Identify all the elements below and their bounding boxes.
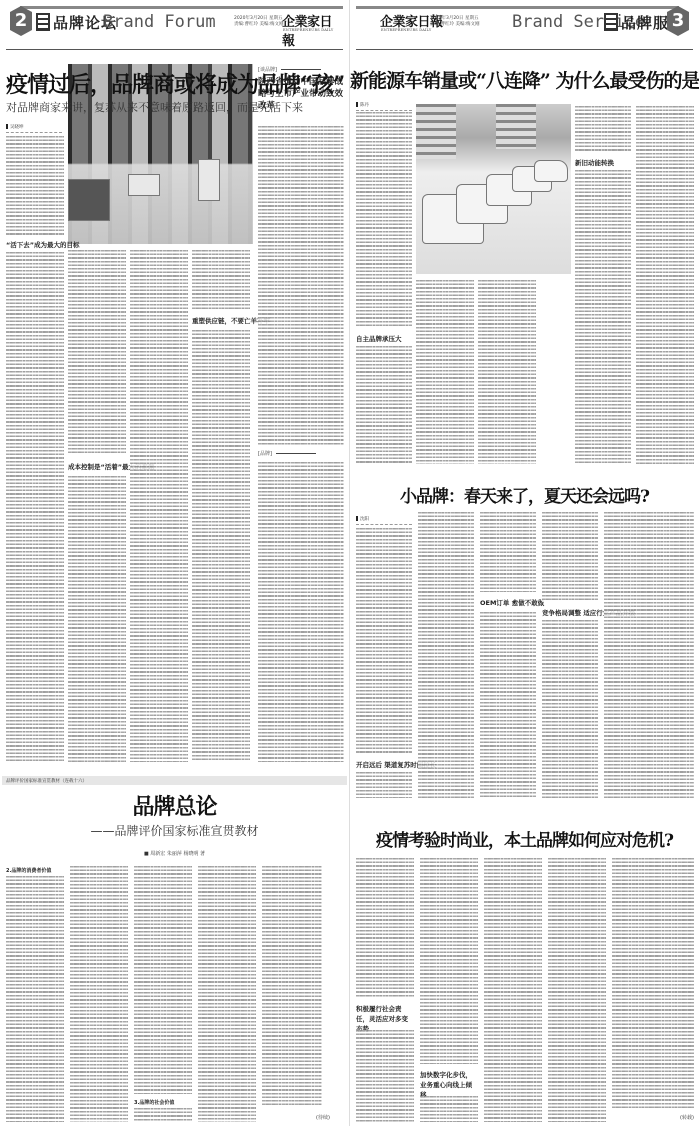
text-column (68, 476, 126, 762)
page-number: 2 (10, 6, 32, 36)
text-column (70, 866, 128, 1122)
text-column (484, 858, 542, 1122)
text-column (416, 280, 474, 464)
text-column (542, 620, 598, 798)
article1-byline: 陈丹 (356, 102, 412, 111)
serial-band-text: 品牌评价国家标准宣贯教材（连载十六） (6, 778, 87, 784)
masthead-en: ENTREPRENEURS DAILY (283, 28, 333, 32)
text-column (192, 250, 250, 310)
text-column (575, 106, 631, 152)
article2-byline: 沈阳 (356, 516, 412, 525)
article1-section-head-2: 新旧动能转换 (575, 158, 614, 167)
text-column (258, 462, 344, 762)
taxi-fleet-photo (416, 104, 571, 274)
header-rule (6, 49, 343, 50)
page-header: 2 品牌论坛 Brand Forum 2020年3月20日 星期五 责编:曹红玲… (6, 6, 343, 50)
section-title-en: Brand Forum (103, 12, 216, 32)
lead-byline: 吴晓坤 (6, 124, 62, 133)
sidebar-title: 陕西省推动中国品牌战略与上市产业带动致效改革 (258, 76, 344, 112)
article3-end-tag: (转载) (680, 1114, 694, 1121)
text-column (356, 346, 412, 464)
serial-byline: ■ 周新宏 朱丽萍 杨晓明 著 (0, 850, 349, 857)
text-column (575, 170, 631, 464)
article1-section-head-1: 自主品牌承压大 (356, 334, 402, 343)
serial-section-head-1: 2.品牌的消费者价值 (6, 867, 51, 874)
article3-headline: 疫情考验时尚业，本土品牌如何应对危机? (350, 826, 699, 851)
text-column (134, 866, 192, 1094)
brand-logo-icon (604, 13, 618, 31)
header-rule (356, 49, 693, 50)
text-column (480, 612, 536, 798)
text-column (262, 866, 322, 1106)
text-column (542, 512, 598, 602)
serial-headline: 品牌总论 (0, 790, 349, 821)
page-header: 企業家日報 ENTREPRENEURS DAILY 2020年3月20日 星期五… (356, 6, 693, 50)
text-column (356, 858, 414, 998)
header-bar (356, 6, 679, 9)
text-column (258, 126, 344, 446)
text-column (356, 1030, 414, 1122)
text-column (604, 512, 694, 798)
text-column (480, 512, 536, 592)
text-column (192, 330, 250, 762)
lead-section-head-1: “活下去”成为最大的目标 (6, 240, 80, 249)
text-column (356, 112, 412, 328)
text-column (68, 250, 126, 455)
text-column (6, 136, 64, 236)
issue-date: 2020年3月20日 星期五 责编:曹红玲 美编:梅文刚 (430, 16, 490, 28)
article2-headline: 小品牌：春天来了，夏天还会远吗? (350, 482, 699, 507)
editor-line: 责编:曹红玲 美编:梅文刚 (430, 22, 490, 28)
left-page: 2 品牌论坛 Brand Forum 2020年3月20日 星期五 责编:曹红玲… (0, 0, 349, 1126)
text-column (636, 106, 694, 464)
text-column (6, 252, 64, 762)
text-column (420, 1096, 478, 1122)
text-column (130, 250, 188, 762)
text-column (134, 1108, 192, 1122)
serial-subheadline: ——品牌评价国家标准宣贯教材 (0, 822, 349, 839)
serial-band: 品牌评价国家标准宣贯教材（连载十六） (2, 776, 347, 785)
right-page: 企業家日報 ENTREPRENEURS DAILY 2020年3月20日 星期五… (350, 0, 699, 1126)
header-bar (20, 6, 343, 9)
text-column (356, 772, 412, 798)
text-column (418, 512, 474, 798)
text-column (6, 876, 64, 1122)
serial-section-head-2: 3.品牌的社会价值 (134, 1099, 174, 1106)
text-column (198, 866, 256, 1122)
masthead-en: ENTREPRENEURS DAILY (381, 28, 431, 32)
text-column (420, 858, 478, 1064)
text-column (612, 858, 694, 1108)
serial-end-tag: (待续) (316, 1114, 330, 1121)
sidebar-tag: [谈品牌] (258, 66, 321, 73)
article2-section-head-1: OEM订单 愈做不敢做 (480, 598, 544, 607)
brand-logo-icon (36, 13, 50, 31)
text-column (548, 858, 606, 1122)
article1-headline: 新能源车销量或“八连降” 为什么最受伤的是自主品牌? (350, 66, 699, 93)
page-number: 3 (667, 6, 689, 36)
sidebar-tag-2: [品牌] (258, 450, 316, 457)
text-column (478, 280, 536, 464)
text-column (356, 528, 412, 754)
